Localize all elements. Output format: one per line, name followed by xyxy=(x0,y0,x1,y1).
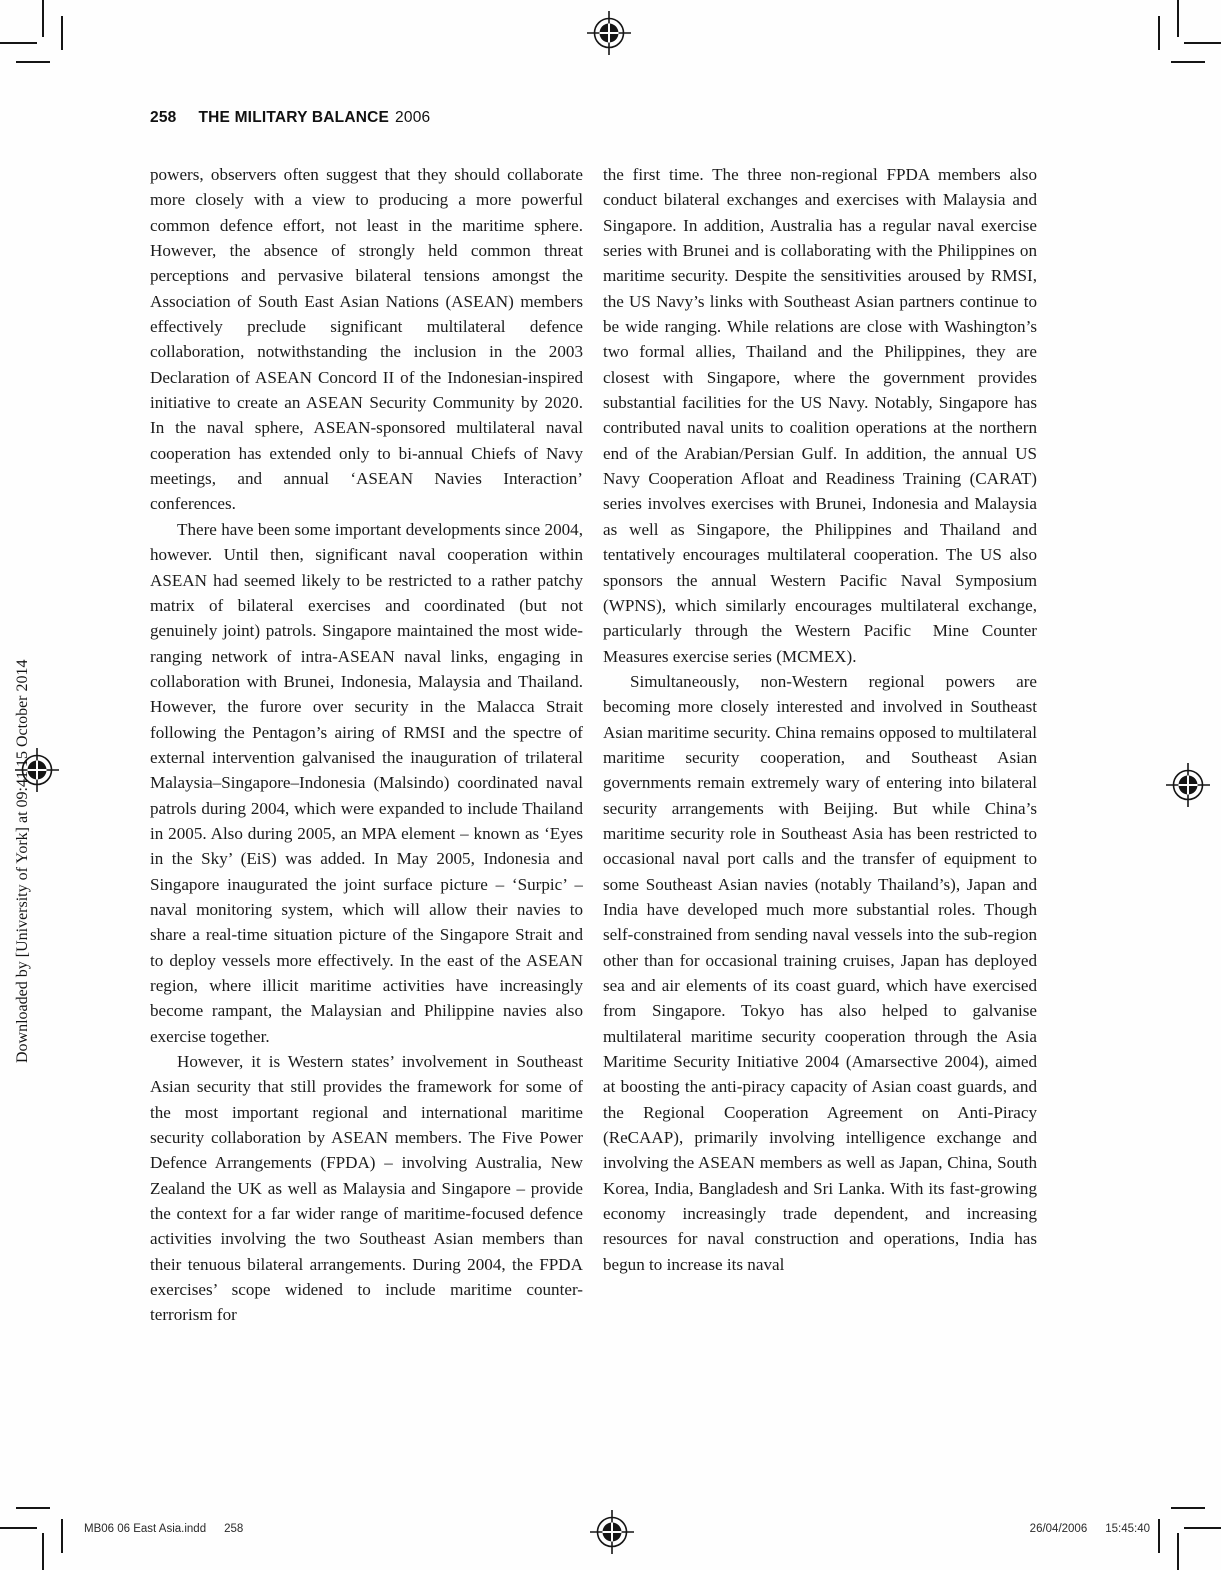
footer-timestamp: 26/04/200615:45:40 xyxy=(1030,1523,1150,1535)
crop-mark xyxy=(61,16,63,50)
crop-mark xyxy=(1171,1507,1205,1509)
body-paragraph: However, it is Western states’ involveme… xyxy=(150,1049,583,1328)
text-column-right: the first time. The three non-regional F… xyxy=(603,162,1037,1462)
crop-mark xyxy=(42,0,44,37)
text-column-left: powers, observers often suggest that the… xyxy=(150,162,583,1462)
footer-page-number: 258 xyxy=(224,1523,243,1535)
book-page: 258THE MILITARY BALANCE2006 Downloaded b… xyxy=(0,0,1221,1570)
footer-file-name: MB06 06 East Asia.indd xyxy=(84,1523,206,1535)
page-header: 258THE MILITARY BALANCE2006 xyxy=(150,109,430,127)
book-year: 2006 xyxy=(395,109,430,126)
body-paragraph: There have been some important developme… xyxy=(150,517,583,1049)
footer-file-info: MB06 06 East Asia.indd258 xyxy=(84,1523,243,1535)
footer-date: 26/04/2006 xyxy=(1030,1523,1088,1535)
registration-mark-icon xyxy=(586,10,632,56)
crop-mark xyxy=(1184,42,1221,44)
crop-mark xyxy=(1171,61,1205,63)
crop-mark xyxy=(1158,16,1160,50)
crop-mark xyxy=(16,1507,50,1509)
download-watermark: Downloaded by [University of York] at 09… xyxy=(14,660,32,1064)
body-paragraph: powers, observers often suggest that the… xyxy=(150,162,583,517)
crop-mark xyxy=(1177,0,1179,37)
page-number: 258 xyxy=(150,109,176,126)
book-title: THE MILITARY BALANCE xyxy=(198,109,389,126)
footer-time: 15:45:40 xyxy=(1105,1523,1150,1535)
body-paragraph: Simultaneously, non-Western regional pow… xyxy=(603,669,1037,1277)
print-footer: MB06 06 East Asia.indd258 26/04/200615:4… xyxy=(0,1523,1221,1539)
crop-mark xyxy=(16,61,50,63)
registration-mark-icon xyxy=(1165,762,1211,808)
body-paragraph: the first time. The three non-regional F… xyxy=(603,162,1037,669)
crop-mark xyxy=(0,42,37,44)
